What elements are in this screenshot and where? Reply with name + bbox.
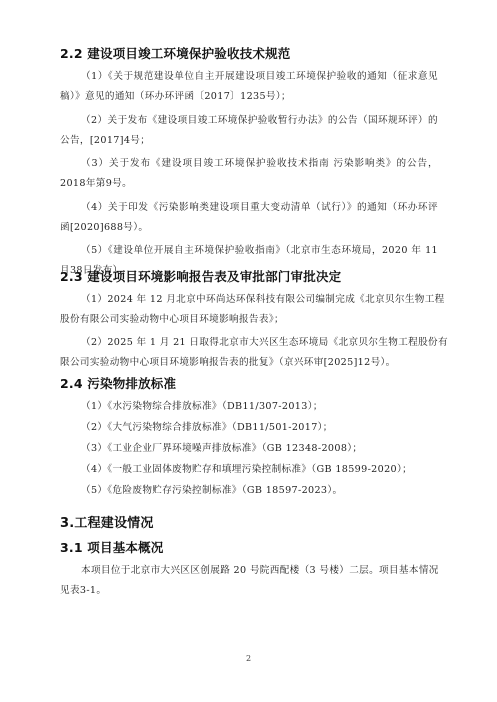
paragraph-line: （1）2024 年 12 月北京中环尚达环保科技有限公司编制完成《北京贝尔生物工… (60, 291, 438, 305)
list-item: （5）《危险废物贮存污染控制标准》（GB 18597-2023）。 (60, 482, 438, 496)
paragraph-line: 2018年第9号。 (60, 175, 438, 189)
paragraph-line: 稿）》意见的通知（环办环评函〔2017〕1235号）； (60, 88, 438, 102)
paragraph-line: 本项目位于北京市大兴区区创展路 20 号院西配楼（3 号楼）二层。项目基本情况 (60, 562, 438, 576)
paragraph-line: （2）关于发布《建设项目竣工环境保护验收暂行办法》的公告（国环规环评）的 (60, 112, 438, 126)
paragraph-line: （4）关于印发《污染影响类建设项目重大变动清单（试行）》的通知（环办环评 (60, 199, 438, 213)
section-heading-3-1: 3.1 项目基本概况 (60, 538, 164, 556)
paragraph-line: 函[2020]688号）。 (60, 219, 438, 233)
chapter-heading-3: 3.工程建设情况 (60, 512, 154, 531)
paragraph-line: 见表3-1。 (60, 582, 438, 596)
paragraph-line: （5）《建设单位开展自主环境保护验收指南》（北京市生态环境局，2020 年 11 (60, 242, 438, 256)
paragraph-line: 限公司实验动物中心项目环境影响报告表的批复》（京兴环审[2025]12号）。 (60, 354, 438, 368)
paragraph-line: （1）《关于规范建设单位自主开展建设项目竣工环境保护验收的通知（征求意见 (60, 68, 438, 82)
paragraph-line: 公告，[2017]4号； (60, 132, 438, 146)
list-item: （2）《大气污染物综合排放标准》（DB11/501-2017）； (60, 419, 438, 433)
paragraph-line: （3）关于发布《建设项目竣工环境保护验收技术指南 污染影响类》的公告， (60, 155, 438, 169)
section-heading-2-2: 2.2 建设项目竣工环境保护验收技术规范 (60, 44, 291, 62)
section-heading-2-3: 2.3 建设项目环境影响报告表及审批部门审批决定 (60, 267, 341, 285)
paragraph-line: （2）2025 年 1 月 21 日取得北京市大兴区生态环境局《北京贝尔生物工程… (60, 334, 438, 348)
paragraph-line: 股份有限公司实验动物中心项目环境影响报告表》； (60, 311, 438, 325)
page-number: 2 (0, 654, 497, 663)
list-item: （4）《一般工业固体废物贮存和填埋污染控制标准》（GB 18599-2020）； (60, 461, 438, 475)
section-heading-2-4: 2.4 污染物排放标准 (60, 374, 176, 392)
list-item: （3）《工业企业厂界环境噪声排放标准》（GB 12348-2008）； (60, 440, 438, 454)
list-item: （1）《水污染物综合排放标准》（DB11/307-2013）； (60, 398, 438, 412)
